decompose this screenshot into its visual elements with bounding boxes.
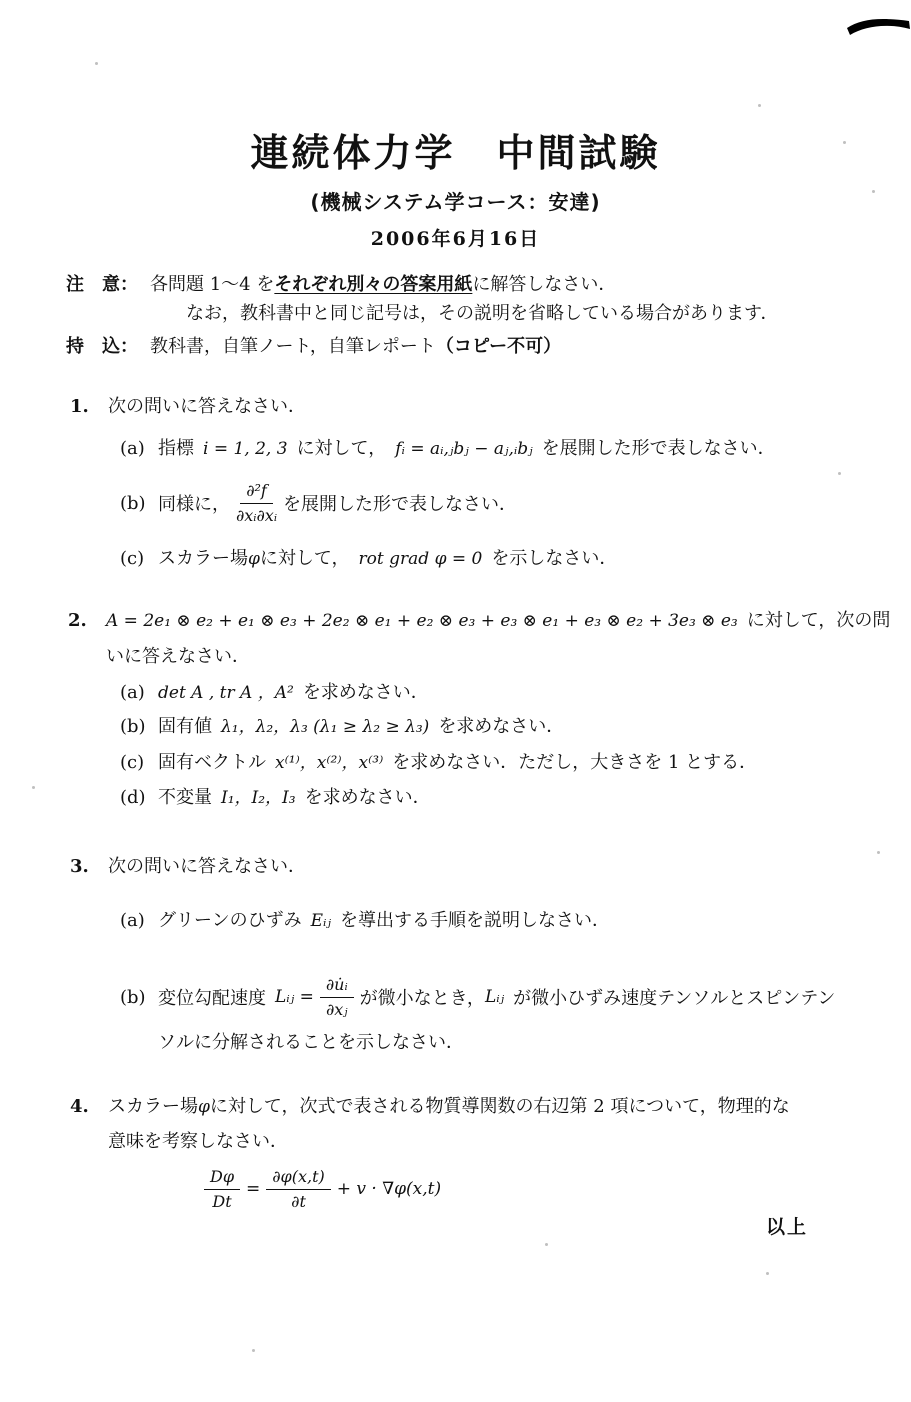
q2-stem: 2.A = 2e₁ ⊗ e₂ + e₁ ⊗ e₃ + 2e₂ ⊗ e₁ + e₂… — [68, 610, 890, 633]
q3a-post: を導出する手順を説明しなさい． — [340, 910, 610, 931]
q2b-pre: 固有値 — [158, 716, 212, 737]
q2b-label: (b) — [120, 716, 158, 739]
scan-artifact-mark — [845, 10, 911, 44]
q4-lhs-fraction: DφDt — [204, 1167, 240, 1210]
bring-label: 持 込： — [66, 336, 150, 359]
scan-noise-dot — [838, 472, 841, 475]
scan-noise-dot — [252, 1349, 255, 1352]
q3b-line2: ソルに分解されることを示しなさい． — [158, 1032, 464, 1055]
exam-date: 2006年6月16日 — [0, 228, 911, 252]
q4-stem-line2: 意味を考察しなさい． — [108, 1131, 288, 1154]
q3b-mid: が微小なとき， — [360, 984, 485, 1010]
attention-row-2: なお，教科書中と同じ記号は，その説明を省略している場合があります． — [186, 303, 779, 326]
q1a-mid: に対して， — [297, 438, 387, 459]
attention-text-post: に解答しなさい． — [472, 274, 616, 295]
q1-stem: 1.次の問いに答えなさい． — [70, 396, 306, 419]
attention-text-pre: 各問題 1～4 を — [150, 274, 274, 295]
q3-number: 3. — [70, 856, 108, 879]
q4-material-derivative-formula: DφDt=∂φ(x,t)∂t+ v · ∇φ(x,t) — [198, 1158, 441, 1220]
q1b-label: (b) — [120, 493, 158, 514]
attention-label: 注 意： — [66, 274, 150, 297]
q2d: (d)不変量I₁，I₂，I₃を求めなさい． — [120, 787, 431, 810]
scan-noise-dot — [758, 104, 761, 107]
q2d-post: を求めなさい． — [305, 787, 431, 808]
q3-stem: 3.次の問いに答えなさい． — [70, 856, 306, 879]
q1a-index-var: i = 1, 2, 3 — [203, 439, 288, 459]
q1c-formula: rot grad φ = 0 — [359, 549, 483, 569]
q1a-label: (a) — [120, 438, 158, 461]
q1b-frac-numerator: ∂²f — [240, 481, 273, 503]
scan-noise-dot — [766, 1272, 769, 1275]
attention-row: 注 意：各問題 1～4 をそれぞれ別々の答案用紙に解答しなさい． — [66, 274, 616, 297]
q3a-label: (a) — [120, 910, 158, 933]
q1a-formula: fᵢ = aᵢ,ⱼbⱼ − aⱼ,ᵢbⱼ — [395, 439, 532, 459]
q2-stem-tail: に対して，次の問 — [747, 610, 891, 631]
q4-stem: 4.スカラー場φに対して，次式で表される物質導関数の右辺第 2 項について，物理… — [70, 1096, 790, 1119]
q4-stem-pre: スカラー場 — [108, 1096, 198, 1117]
q1a: (a)指標i = 1, 2, 3に対して，fᵢ = aᵢ,ⱼbⱼ − aⱼ,ᵢb… — [120, 438, 776, 461]
bring-items: 教科書，自筆ノート，自筆レポート — [150, 336, 436, 357]
q3b: (b)変位勾配速度Lᵢⱼ =∂u̇ᵢ∂xⱼが微小なとき，Lᵢⱼが微小ひずみ速度テ… — [120, 968, 835, 1026]
q2c: (c)固有ベクトルx⁽¹⁾，x⁽²⁾，x⁽³⁾を求めなさい．ただし，大きさを 1… — [120, 752, 757, 775]
q1c-post: を示しなさい． — [491, 548, 617, 569]
q1c: (c)スカラー場φに対して，rot grad φ = 0を示しなさい． — [120, 548, 617, 571]
q4-lhs-numerator: Dφ — [204, 1167, 240, 1189]
q2-stem-line2: いに答えなさい． — [106, 646, 250, 669]
q2a-label: (a) — [120, 682, 158, 705]
q3b-lhs: Lᵢⱼ = — [275, 987, 314, 1007]
q2-number: 2. — [68, 610, 106, 633]
attention-text-underlined: それぞれ別々の答案用紙 — [274, 274, 472, 295]
scan-noise-dot — [877, 851, 880, 854]
q1b-post: を展開した形で表しなさい． — [283, 490, 517, 516]
exam-title: 連続体力学 中間試験 — [0, 130, 911, 178]
q4-phi: φ — [198, 1097, 210, 1117]
q1-number: 1. — [70, 396, 108, 419]
q1a-pre: 指標 — [158, 438, 194, 459]
q1c-mid: に対して， — [260, 548, 350, 569]
q3b-label: (b) — [120, 987, 158, 1008]
q1c-phi: φ — [248, 549, 260, 569]
q2d-pre: 不変量 — [158, 787, 212, 808]
bring-no-copy: （コピー不可） — [436, 336, 561, 357]
q4-rhs-denominator: ∂t — [291, 1190, 306, 1211]
q4-rhs-fraction: ∂φ(x,t)∂t — [266, 1167, 331, 1210]
q1b: (b)同様に，∂²f∂xᵢ∂xᵢを展開した形で表しなさい． — [120, 474, 517, 532]
q2b: (b)固有値λ₁，λ₂，λ₃ (λ₁ ≥ λ₂ ≥ λ₃)を求めなさい． — [120, 716, 564, 739]
q1b-pre: 同様に， — [158, 490, 230, 516]
q3b-pre: 変位勾配速度 — [158, 984, 266, 1010]
q1a-post: を展開した形で表しなさい． — [542, 438, 776, 459]
q2c-formula: x⁽¹⁾，x⁽²⁾，x⁽³⁾ — [275, 753, 383, 773]
q1-stem-text: 次の問いに答えなさい． — [108, 396, 306, 417]
exam-page: 連続体力学 中間試験 (機械システム学コース：安達) 2006年6月16日 注 … — [0, 0, 911, 1402]
q2c-label: (c) — [120, 752, 158, 775]
q2a: (a)det A , tr A ，A²を求めなさい． — [120, 682, 429, 705]
q3-stem-text: 次の問いに答えなさい． — [108, 856, 306, 877]
q2c-pre: 固有ベクトル — [158, 752, 266, 773]
q3b-sym: Lᵢⱼ — [485, 987, 504, 1007]
q1b-frac-denominator: ∂xᵢ∂xᵢ — [236, 504, 277, 525]
q2d-formula: I₁，I₂，I₃ — [221, 788, 296, 808]
q4-number: 4. — [70, 1096, 108, 1119]
q2c-post: を求めなさい．ただし，大きさを 1 とする． — [392, 752, 757, 773]
q2a-formula: det A , tr A ，A² — [158, 683, 294, 703]
q3b-fraction: ∂u̇ᵢ∂xⱼ — [320, 975, 354, 1018]
q3a-formula: Eᵢⱼ — [311, 911, 331, 931]
q4-lhs-denominator: Dt — [212, 1190, 231, 1211]
q2b-formula: λ₁，λ₂，λ₃ (λ₁ ≥ λ₂ ≥ λ₃) — [221, 717, 429, 737]
q3b-post: が微小ひずみ速度テンソルとスピンテン — [513, 984, 835, 1010]
q4-equals: = — [246, 1179, 260, 1199]
q4-stem-post: に対して，次式で表される物質導関数の右辺第 2 項について，物理的な — [210, 1096, 790, 1117]
q3a-pre: グリーンのひずみ — [158, 910, 302, 931]
exam-subtitle: (機械システム学コース：安達) — [0, 190, 911, 215]
q3b-frac-denominator: ∂xⱼ — [326, 998, 348, 1019]
q2a-post: を求めなさい． — [303, 682, 429, 703]
q1c-pre: スカラー場 — [158, 548, 248, 569]
q3b-frac-numerator: ∂u̇ᵢ — [320, 975, 354, 997]
q2-tensor-formula: A = 2e₁ ⊗ e₂ + e₁ ⊗ e₃ + 2e₂ ⊗ e₁ + e₂ ⊗… — [106, 611, 738, 631]
bring-row: 持 込：教科書，自筆ノート，自筆レポート（コピー不可） — [66, 336, 561, 359]
scan-noise-dot — [32, 786, 35, 789]
q1c-label: (c) — [120, 548, 158, 571]
q1b-fraction: ∂²f∂xᵢ∂xᵢ — [236, 481, 277, 524]
scan-noise-dot — [545, 1243, 548, 1246]
q2d-label: (d) — [120, 787, 158, 810]
q3a: (a)グリーンのひずみEᵢⱼを導出する手順を説明しなさい． — [120, 910, 610, 933]
q4-rhs-numerator: ∂φ(x,t) — [266, 1167, 331, 1189]
end-mark: 以上 — [766, 1216, 808, 1240]
q2b-post: を求めなさい． — [438, 716, 564, 737]
scan-noise-dot — [95, 62, 98, 65]
q4-advection-term: + v · ∇φ(x,t) — [337, 1179, 441, 1199]
